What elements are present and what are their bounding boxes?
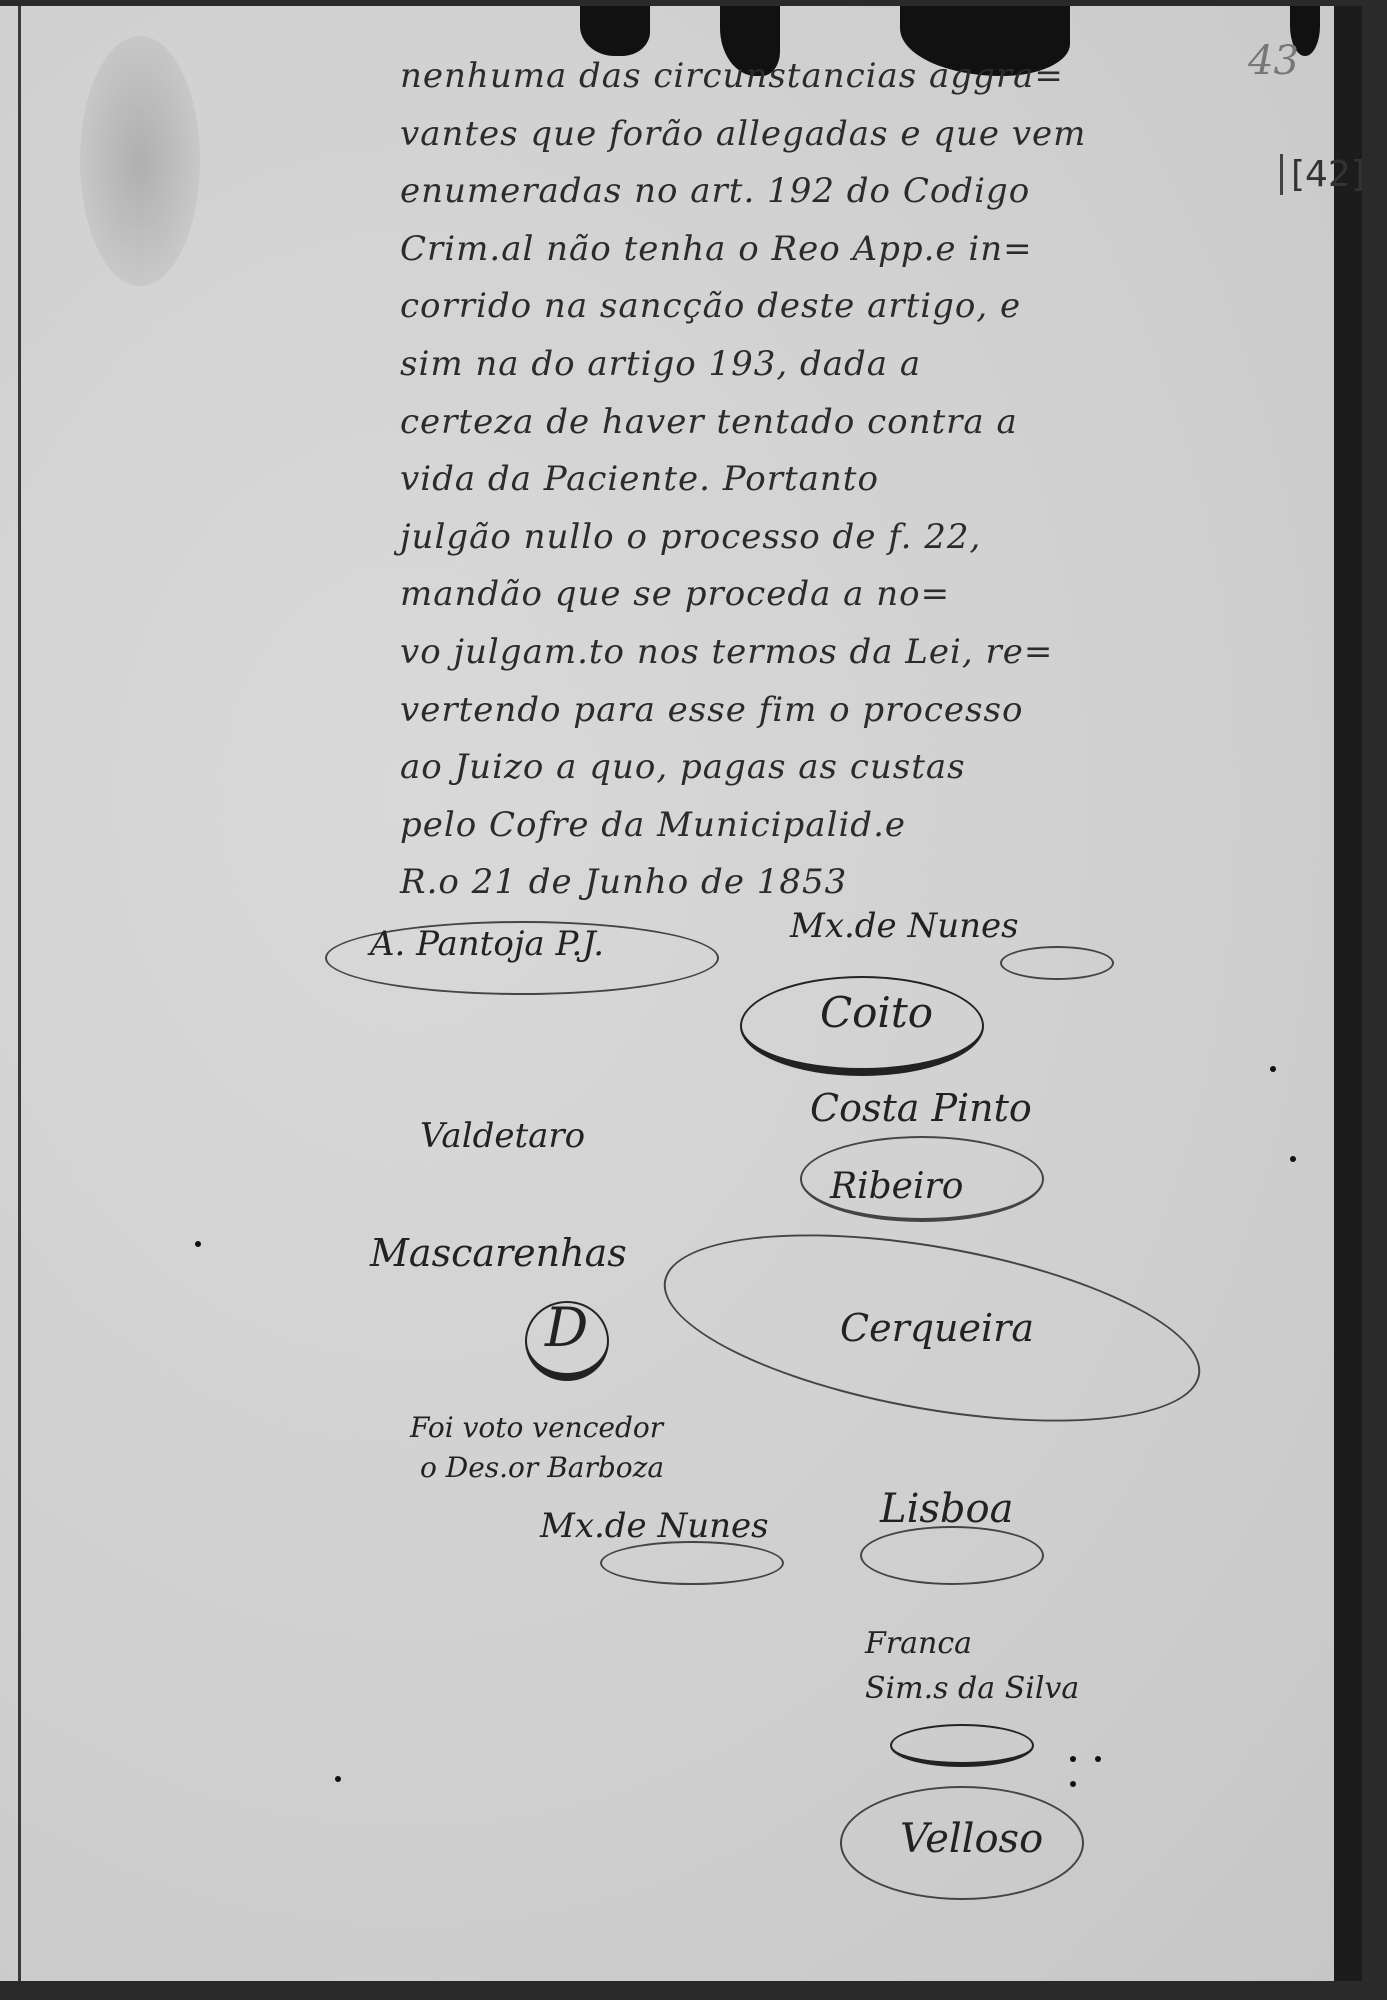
signature-velloso: Velloso [900, 1816, 1043, 1862]
ink-dot [1070, 1781, 1076, 1787]
vote-note-line1: Foi voto vencedor [410, 1411, 663, 1444]
text-line: vertendo para esse fim o processo [400, 682, 1160, 740]
text-line: ao Juizo a quo, pagas as custas [400, 739, 1160, 797]
text-line: corrido na sancção deste artigo, e [400, 278, 1160, 336]
text-line: sim na do artigo 193, dada a [400, 336, 1160, 394]
text-line: Crim.al não tenha o Reo App.e in= [400, 221, 1160, 279]
text-line: mandão que se proceda a no= [400, 566, 1160, 624]
signature-monogram-d: D [545, 1296, 588, 1359]
text-line: certeza de haver tentado contra a [400, 394, 1160, 452]
text-line: julgão nullo o processo de f. 22, [400, 509, 1160, 567]
signature-nunes: Mx.de Nunes [790, 906, 1019, 946]
ink-dot [1095, 1756, 1101, 1762]
date-line: R.o 21 de Junho de 1853 [400, 854, 1160, 912]
text-line: enumeradas no art. 192 do Codigo [400, 163, 1160, 221]
page-edge [1334, 6, 1362, 1981]
signature-valdetaro: Valdetaro [420, 1116, 585, 1156]
signature-simoes-da-silva: Sim.s da Silva [865, 1671, 1079, 1706]
signature-flourish [860, 1526, 1044, 1585]
water-stain [80, 36, 200, 286]
text-line: vo julgam.to nos termos da Lei, re= [400, 624, 1160, 682]
ink-dot [1070, 1756, 1076, 1762]
signature-cerqueira: Cerqueira [840, 1306, 1034, 1350]
manuscript-page: 43 [42] nenhuma das circunstancias aggra… [0, 6, 1362, 1981]
signature-coito: Coito [820, 988, 933, 1037]
text-line: pelo Cofre da Municipalid.e [400, 797, 1160, 855]
text-line: vantes que forão allegadas e que vem [400, 106, 1160, 164]
signature-ribeiro: Ribeiro [830, 1166, 963, 1207]
ink-dot [1270, 1066, 1276, 1072]
signature-costa-pinto: Costa Pinto [810, 1086, 1032, 1130]
vote-note-signature: Mx.de Nunes [540, 1506, 769, 1546]
text-line: vida da Paciente. Portanto [400, 451, 1160, 509]
binding-line [18, 6, 21, 1981]
text-line: nenhuma das circunstancias aggra= [400, 48, 1160, 106]
folio-number-old: 43 [1248, 38, 1299, 84]
signature-flourish [1000, 946, 1114, 980]
signature-pantoja: A. Pantoja P.J. [370, 924, 604, 964]
signature-flourish [600, 1541, 784, 1585]
signature-mascarenhas: Mascarenhas [370, 1231, 627, 1275]
ink-dot [335, 1776, 341, 1782]
vote-note-line2: o Des.or Barboza [420, 1451, 664, 1484]
ink-dot [195, 1241, 201, 1247]
folio-number-new: [42] [1280, 154, 1362, 195]
signature-flourish [890, 1724, 1034, 1767]
ink-dot [1290, 1156, 1296, 1162]
judgment-text: nenhuma das circunstancias aggra= vantes… [400, 48, 1160, 912]
signature-franca: Franca [865, 1626, 972, 1661]
